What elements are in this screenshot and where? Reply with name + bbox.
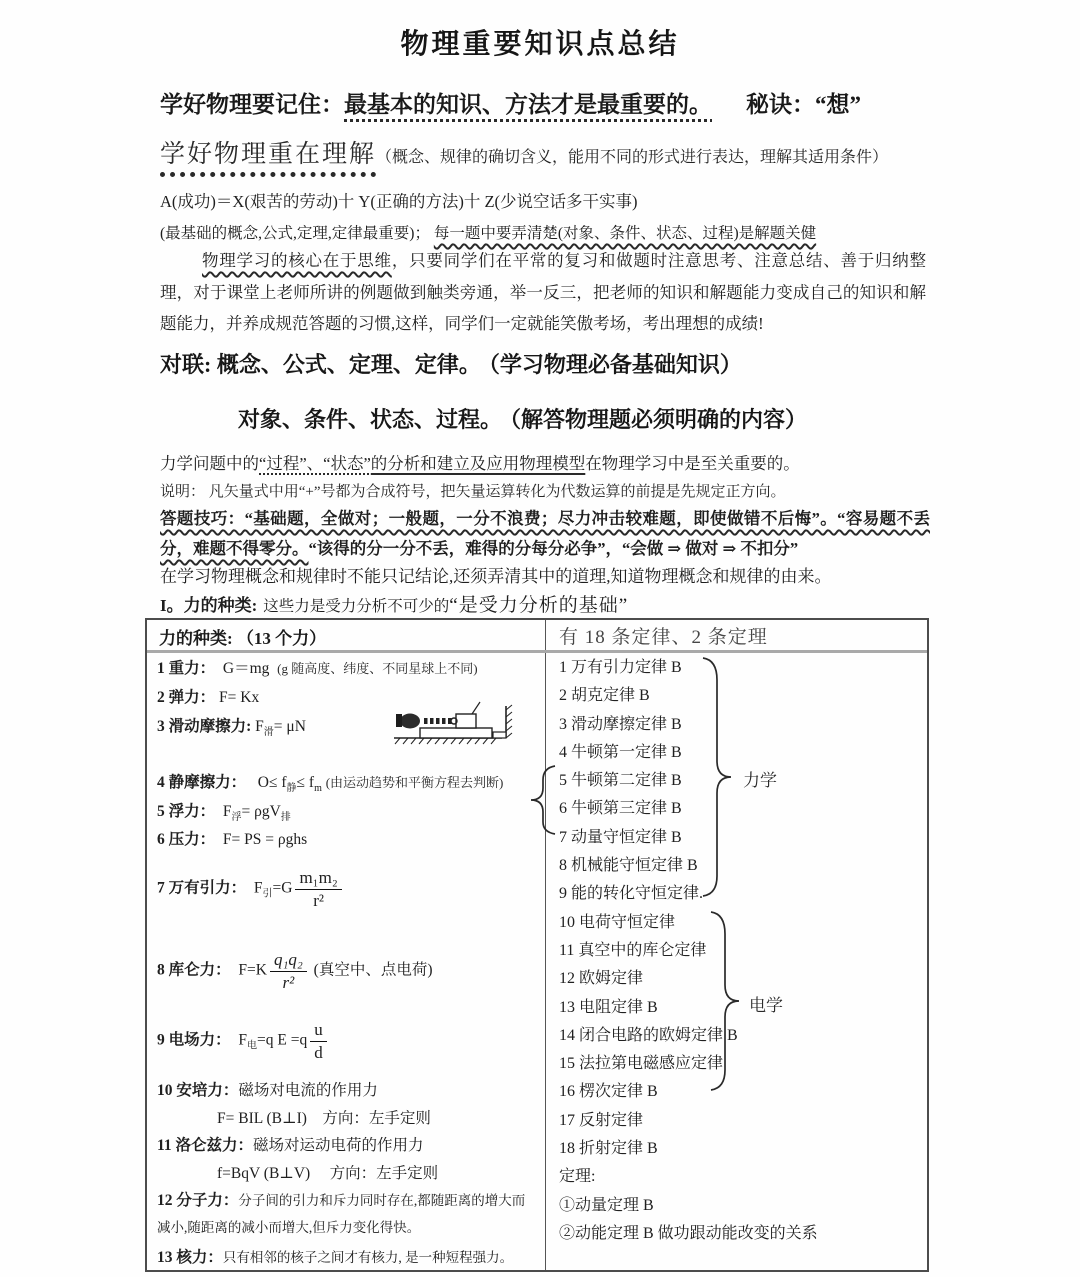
section-heading: I。力的种类:这些力是受力分析不可少的“是受力分析的基础” <box>160 590 628 617</box>
force-row-buoyancy: 5 浮力： F浮= ρgV排 <box>157 799 291 823</box>
force-row-lorentz: 11 洛仑兹力：磁场对运动电荷的作用力 <box>157 1133 424 1155</box>
mech-quoted: “过程”、“状态” <box>259 454 371 473</box>
section-mid: 这些力是受力分析不可少的 <box>263 598 449 615</box>
force-row-lorentz-formula: f=BqV (B⊥V) 方向：左手定则 <box>217 1161 438 1183</box>
force-row-gravity: 1 重力： G＝mg (g 随高度、纬度、不同星球上不同) <box>157 656 478 678</box>
page-title: 物理重要知识点总结 <box>0 22 1080 62</box>
force-row-static-friction: 4 静摩擦力： O≤ f静≤ fm (由运动趋势和平衡方程去判断) <box>157 770 503 794</box>
force-row-electric-field: 9 电场力： F电=q E =qud <box>157 1020 330 1062</box>
law-item: 5 牛顿第二定律 B <box>559 767 818 795</box>
law-item: 17 反射定律 <box>559 1107 818 1135</box>
table-header-separator <box>147 650 927 653</box>
law-item: 9 能的转化守恒定律. <box>559 880 818 908</box>
law-item: 16 楞次定律 B <box>559 1078 818 1106</box>
section-label: I。力的种类: <box>160 596 257 615</box>
success-formula: A(成功)＝X(艰苦的劳动)十 Y(正确的方法)十 Z(少说空话多干实事) <box>160 188 638 212</box>
forces-laws-table: 力的种类: （13 个力） 有 18 条定律、2 条定理 1 重力： G＝mg … <box>145 618 929 1272</box>
mechanics-group-label: 力学 <box>743 766 777 791</box>
basics-plain: (最基础的概念,公式,定理,定律最重要)； <box>160 225 430 242</box>
force-row-sliding-friction: 3 滑动摩擦力: F滑= μN <box>157 714 306 738</box>
law-item: 1 万有引力定律 B <box>559 654 818 682</box>
law-item: 11 真空中的库仑定律 <box>559 937 818 965</box>
coulomb-fraction: q₁q₂r² <box>270 950 307 992</box>
mech-p1: 力学问题中的 <box>160 454 259 473</box>
law-item: 14 闭合电路的欧姆定律 B <box>559 1022 818 1050</box>
basics-underlined: 每一题中要弄清楚(对象、条件、状态、过程)是解题关健 <box>434 225 816 242</box>
motto-tip: 秘诀：“想” <box>746 92 861 117</box>
couplet-line-1: 对联: 概念、公式、定理、定律。（学习物理必备基础知识） <box>160 348 742 379</box>
law-item: 4 牛顿第一定律 B <box>559 739 818 767</box>
electricity-group-label: 电学 <box>749 991 783 1016</box>
law-item: 3 滑动摩擦定律 B <box>559 711 818 739</box>
laws-list: 1 万有引力定律 B 2 胡克定律 B 3 滑动摩擦定律 B 4 牛顿第一定律 … <box>559 654 818 1248</box>
law-item: 7 动量守恒定律 B <box>559 824 818 852</box>
mech-p2: 的分析和建立及应用物理模型 <box>371 454 586 473</box>
core-paragraph: 物理学习的核心在于思维，只要同学们在平常的复习和做题时注意思考、注意总结、善于归… <box>160 245 926 340</box>
section-big: “是受力分析的基础” <box>449 595 628 616</box>
theorem-item: ①动量定理 B <box>559 1192 818 1220</box>
document-page: 物理重要知识点总结 学好物理要记住：最基本的知识、方法才是最重要的。秘诀：“想”… <box>0 0 1080 1277</box>
friction-experiment-diagram <box>390 698 528 746</box>
conclusion-line: 在学习物理概念和规律时不能只记结论,还须弄清其中的道理,知道物理概念和规律的由来… <box>160 562 832 587</box>
law-item: 8 机械能守恒定律 B <box>559 852 818 880</box>
law-item: 2 胡克定律 B <box>559 682 818 710</box>
force-row-molecular: 12 分子力：分子间的引力和斥力同时存在,都随距离的增大而减小,随距离的减小而增… <box>157 1187 535 1241</box>
force-row-elastic: 2 弹力： F= Kx <box>157 685 259 707</box>
gravitation-fraction: m₁m₂r² <box>295 868 341 910</box>
law-item: 12 欧姆定律 <box>559 965 818 993</box>
law-item: 18 折射定律 B <box>559 1135 818 1163</box>
basics-line: (最基础的概念,公式,定理,定律最重要)； 每一题中要弄清楚(对象、条件、状态、… <box>160 221 816 243</box>
core-paragraph-lead: 物理学习的核心在于思维 <box>202 251 392 270</box>
law-item: 15 法拉第电磁感应定律 <box>559 1050 818 1078</box>
mech-p3: 在物理学习中是至关重要的。 <box>585 454 800 473</box>
force-row-gravitation: 7 万有引力： F引=Gm₁m₂r² <box>157 868 345 910</box>
couplet-line-2: 对象、条件、状态、过程。（解答物理题必须明确的内容） <box>238 403 807 434</box>
force-row-nuclear: 13 核力：只有相邻的核子之间才有核力, 是一种短程强力。 <box>157 1244 535 1271</box>
understand-paren: （概念、规律的确切含义，能用不同的形式进行表达，理解其适用条件） <box>376 149 888 166</box>
motto-prefix: 学好物理要记住： <box>160 92 344 117</box>
understand-line: 学好物理重在理解（概念、规律的确切含义，能用不同的形式进行表达，理解其适用条件） <box>160 134 888 170</box>
motto-line: 学好物理要记住：最基本的知识、方法才是最重要的。秘诀：“想” <box>160 86 861 119</box>
couplet1-paren: （学习物理必备基础知识） <box>489 352 742 377</box>
mechanics-importance-line: 力学问题中的“过程”、“状态”的分析和建立及应用物理模型在物理学习中是至关重要的… <box>160 450 800 474</box>
field-fraction: ud <box>310 1020 327 1062</box>
table-column-divider <box>545 620 546 1270</box>
understand-main: 学好物理重在理解 <box>160 141 376 168</box>
force-row-pressure: 6 压力： F= PS = ρghs <box>157 827 307 849</box>
theorem-heading: 定理: <box>559 1163 818 1191</box>
law-item: 10 电荷守恒定律 <box>559 909 818 937</box>
left-small-brace <box>531 766 555 834</box>
table-header-left: 力的种类: （13 个力） <box>159 624 326 649</box>
note-text: 凡矢量式中用“+”号都为合成符号，把矢量运算转化为代数运算的前提是先规定正方向。 <box>209 484 786 500</box>
vector-note-line: 说明： 凡矢量式中用“+”号都为合成符号，把矢量运算转化为代数运算的前提是先规定… <box>160 480 786 501</box>
force-row-ampere-formula: F= BIL (B⊥I) 方向：左手定则 <box>217 1106 431 1128</box>
couplet2-paren: （解答物理题必须明确的内容） <box>510 407 807 432</box>
couplet1-main: 对联: 概念、公式、定理、定律。 <box>160 352 481 377</box>
theorem-item: ②动能定理 B 做功跟动能改变的关系 <box>559 1220 818 1248</box>
law-item: 6 牛顿第三定律 B <box>559 795 818 823</box>
force-row-ampere: 10 安培力：磁场对电流的作用力 <box>157 1078 378 1100</box>
couplet2-main: 对象、条件、状态、过程。 <box>238 407 502 432</box>
technique-paragraph: 答题技巧：“基础题，全做对；一般题，一分不浪费；尽力冲击较难题，即使做错不后悔”… <box>160 504 930 564</box>
note-label: 说明： <box>160 484 205 500</box>
motto-highlight: 最基本的知识、方法才是最重要的。 <box>344 92 712 117</box>
technique-rest: “该得的分一分不丢，难得的分每分必争”，“会做 ⇒ 做对 ⇒ 不扣分” <box>309 539 799 558</box>
table-header-right: 有 18 条定律、2 条定理 <box>559 622 768 649</box>
force-row-coulomb: 8 库仑力： F=Kq₁q₂r² (真空中、点电荷) <box>157 950 432 992</box>
